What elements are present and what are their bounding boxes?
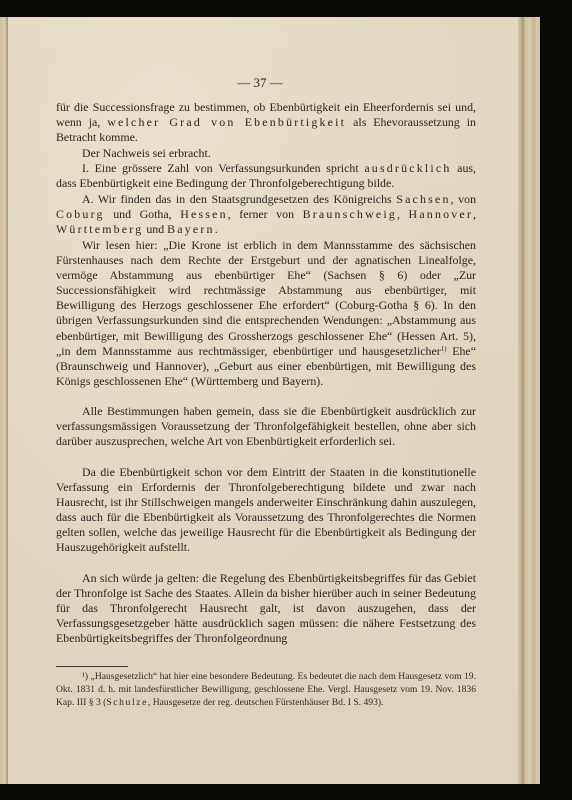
page-gutter bbox=[0, 17, 8, 784]
text-span: , bbox=[473, 207, 476, 221]
text-span: und bbox=[143, 222, 167, 236]
paragraph-section-I: I. Eine grössere Zahl von Verfassungsurk… bbox=[56, 161, 476, 191]
footnote-divider bbox=[56, 666, 128, 667]
state-name: Coburg bbox=[56, 207, 105, 221]
spaced-emphasis: ausdrücklich bbox=[364, 161, 451, 175]
text-span: , bbox=[397, 207, 409, 221]
author-name: Schulze bbox=[106, 697, 148, 708]
page-number: — 37 — bbox=[200, 75, 320, 91]
text-span: I. Eine grössere Zahl von Verfassungsurk… bbox=[82, 161, 364, 175]
text-span: , Hausgesetze der reg. deutschen Fürsten… bbox=[148, 697, 384, 708]
paragraph-section-A: A. Wir finden das in den Staatsgrundgese… bbox=[56, 192, 476, 237]
state-name: Braunschweig bbox=[303, 207, 397, 221]
paragraph-nachweis: Der Nachweis sei erbracht. bbox=[56, 146, 476, 161]
state-name: Bayern bbox=[167, 222, 215, 236]
text-span: A. Wir finden das in den Staatsgrundgese… bbox=[82, 192, 396, 206]
text-span: und Gotha, bbox=[105, 207, 181, 221]
spaced-emphasis: welcher Grad von Ebenbürtigkeit bbox=[107, 115, 346, 129]
paragraph-ebenbuertigkeit: Da die Ebenbürtigkeit schon vor dem Eint… bbox=[56, 465, 476, 556]
state-name: Sachsen bbox=[396, 192, 450, 206]
paragraph-quotations: Wir lesen hier: „Die Krone ist erblich i… bbox=[56, 238, 476, 389]
paragraph-continuation: für die Successionsfrage zu bestimmen, o… bbox=[56, 100, 476, 145]
paragraph-bestimmungen: Alle Bestimmungen haben gemein, dass sie… bbox=[56, 404, 476, 449]
page-edges bbox=[518, 17, 540, 784]
paragraph-regelung: An sich würde ja gelten: die Regelung de… bbox=[56, 571, 476, 646]
state-name: Hessen bbox=[180, 207, 228, 221]
text-span: . bbox=[215, 222, 218, 236]
text-span: , von bbox=[451, 192, 476, 206]
text-span: , ferner von bbox=[228, 207, 303, 221]
book-page: — 37 — für die Successionsfrage zu besti… bbox=[0, 17, 540, 784]
text-span: Wir lesen hier: „Die Krone ist erblich i… bbox=[56, 238, 476, 358]
state-name: Hannover bbox=[409, 207, 473, 221]
state-name: Württemberg bbox=[56, 222, 143, 236]
footnote: ¹) „Hausgesetzlich“ hat hier eine besond… bbox=[56, 670, 476, 709]
